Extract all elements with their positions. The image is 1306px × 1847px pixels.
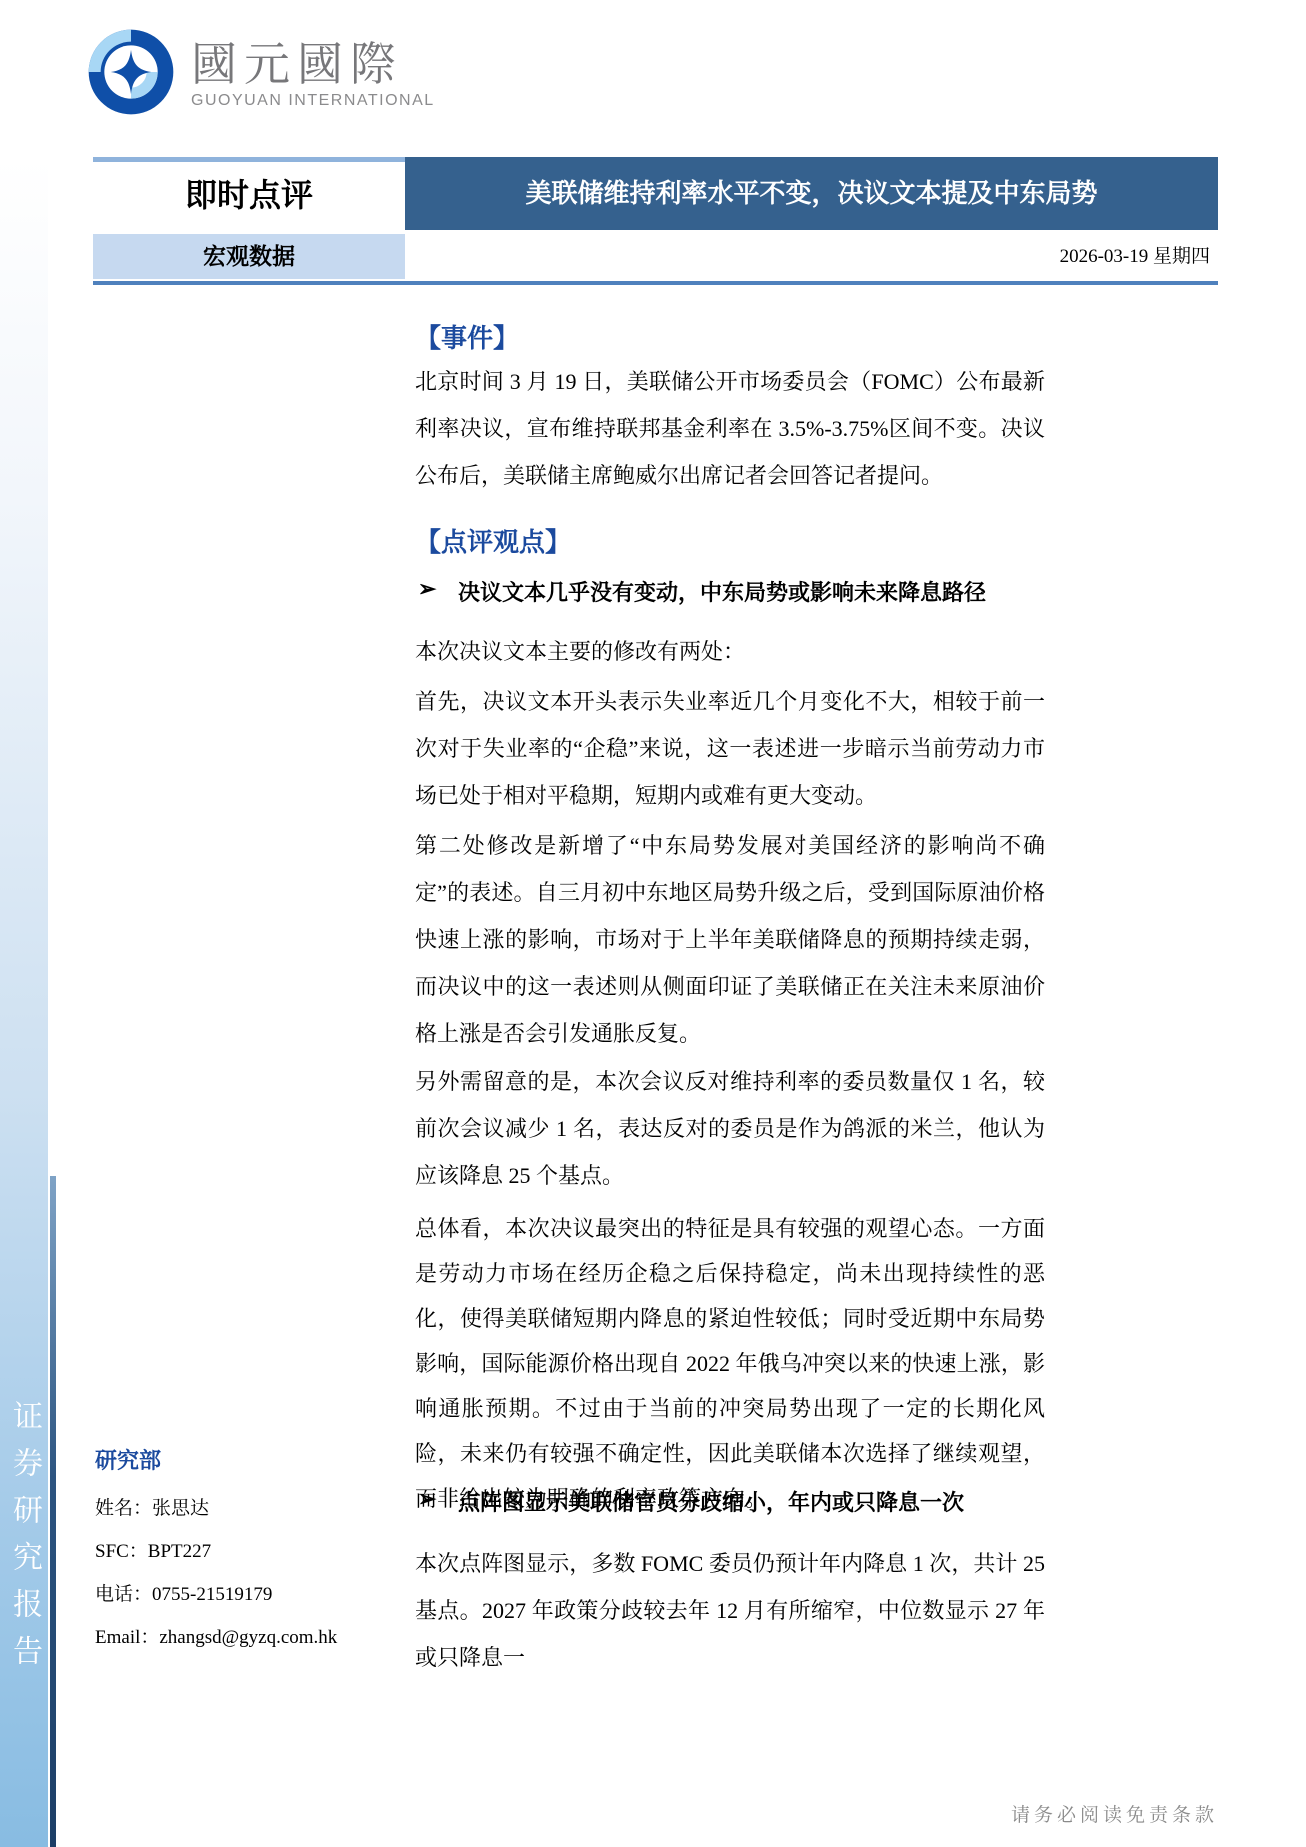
sidebar-vertical-label: 证券研究报告 bbox=[9, 1400, 39, 1682]
report-date: 2026-03-19 星期四 bbox=[405, 234, 1210, 279]
report-category-label: 宏观数据 bbox=[93, 234, 405, 279]
paragraph-second-change: 第二处修改是新增了“中东局势发展对美国经济的影响尚不确定”的表述。自三月初中东地… bbox=[415, 822, 1045, 1057]
analyst-name: 姓名：张思达 bbox=[95, 1487, 405, 1530]
analyst-phone: 电话：0755-21519179 bbox=[95, 1573, 405, 1616]
logo-text: 國元國際 GUOYUAN INTERNATIONAL bbox=[191, 40, 435, 110]
paragraph-overall: 总体看，本次决议最突出的特征是具有较强的观望心态。一方面是劳动力市场在经历企稳之… bbox=[415, 1206, 1045, 1521]
disclaimer-note: 请务必阅读免责条款 bbox=[1011, 1800, 1218, 1827]
bullet-point-1-text: 决议文本几乎没有变动，中东局势或影响未来降息路径 bbox=[458, 576, 986, 607]
report-page: 证券研究报告 國元國際 GUOYUAN INTERNATIONAL 即时点评 美… bbox=[0, 0, 1306, 1847]
header-divider-rule bbox=[93, 281, 1218, 285]
arrow-bullet-icon: ➢ bbox=[418, 576, 458, 607]
paragraph-dotplot: 本次点阵图显示，多数 FOMC 委员仍预计年内降息 1 次，共计 25 基点。2… bbox=[415, 1540, 1045, 1681]
logo-text-english: GUOYUAN INTERNATIONAL bbox=[191, 92, 435, 110]
report-title-bar: 美联储维持利率水平不变，决议文本提及中东局势 bbox=[405, 157, 1218, 230]
bullet-point-2: ➢ 点阵图显示美联储官员分歧缩小，年内或只降息一次 bbox=[418, 1486, 1058, 1517]
analyst-vertical-rule bbox=[50, 1176, 56, 1847]
paragraph-first-change: 首先，决议文本开头表示失业率近几个月变化不大，相较于前一次对于失业率的“企稳”来… bbox=[415, 678, 1045, 819]
event-paragraph: 北京时间 3 月 19 日，美联储公开市场委员会（FOMC）公布最新利率决议，宣… bbox=[415, 358, 1045, 499]
analyst-email: Email：zhangsd@gyzq.com.hk bbox=[95, 1616, 405, 1659]
analyst-info-block: 研究部 姓名：张思达 SFC：BPT227 电话：0755-21519179 E… bbox=[95, 1444, 405, 1659]
bullet-point-2-text: 点阵图显示美联储官员分歧缩小，年内或只降息一次 bbox=[458, 1486, 964, 1517]
logo-text-chinese: 國元國際 bbox=[191, 40, 435, 90]
analyst-department: 研究部 bbox=[95, 1444, 405, 1475]
report-type-label: 即时点评 bbox=[93, 162, 405, 230]
comment-section-heading: 【点评观点】 bbox=[415, 522, 571, 559]
bullet-point-1: ➢ 决议文本几乎没有变动，中东局势或影响未来降息路径 bbox=[418, 576, 1058, 607]
event-section-heading: 【事件】 bbox=[415, 318, 519, 355]
logo-emblem-icon bbox=[85, 26, 177, 123]
company-logo: 國元國際 GUOYUAN INTERNATIONAL bbox=[85, 26, 435, 123]
arrow-bullet-icon: ➢ bbox=[418, 1486, 458, 1517]
paragraph-intro: 本次决议文本主要的修改有两处： bbox=[415, 628, 1045, 675]
paragraph-dissent: 另外需留意的是，本次会议反对维持利率的委员数量仅 1 名，较前次会议减少 1 名… bbox=[415, 1058, 1045, 1199]
analyst-sfc-license: SFC：BPT227 bbox=[95, 1530, 405, 1573]
